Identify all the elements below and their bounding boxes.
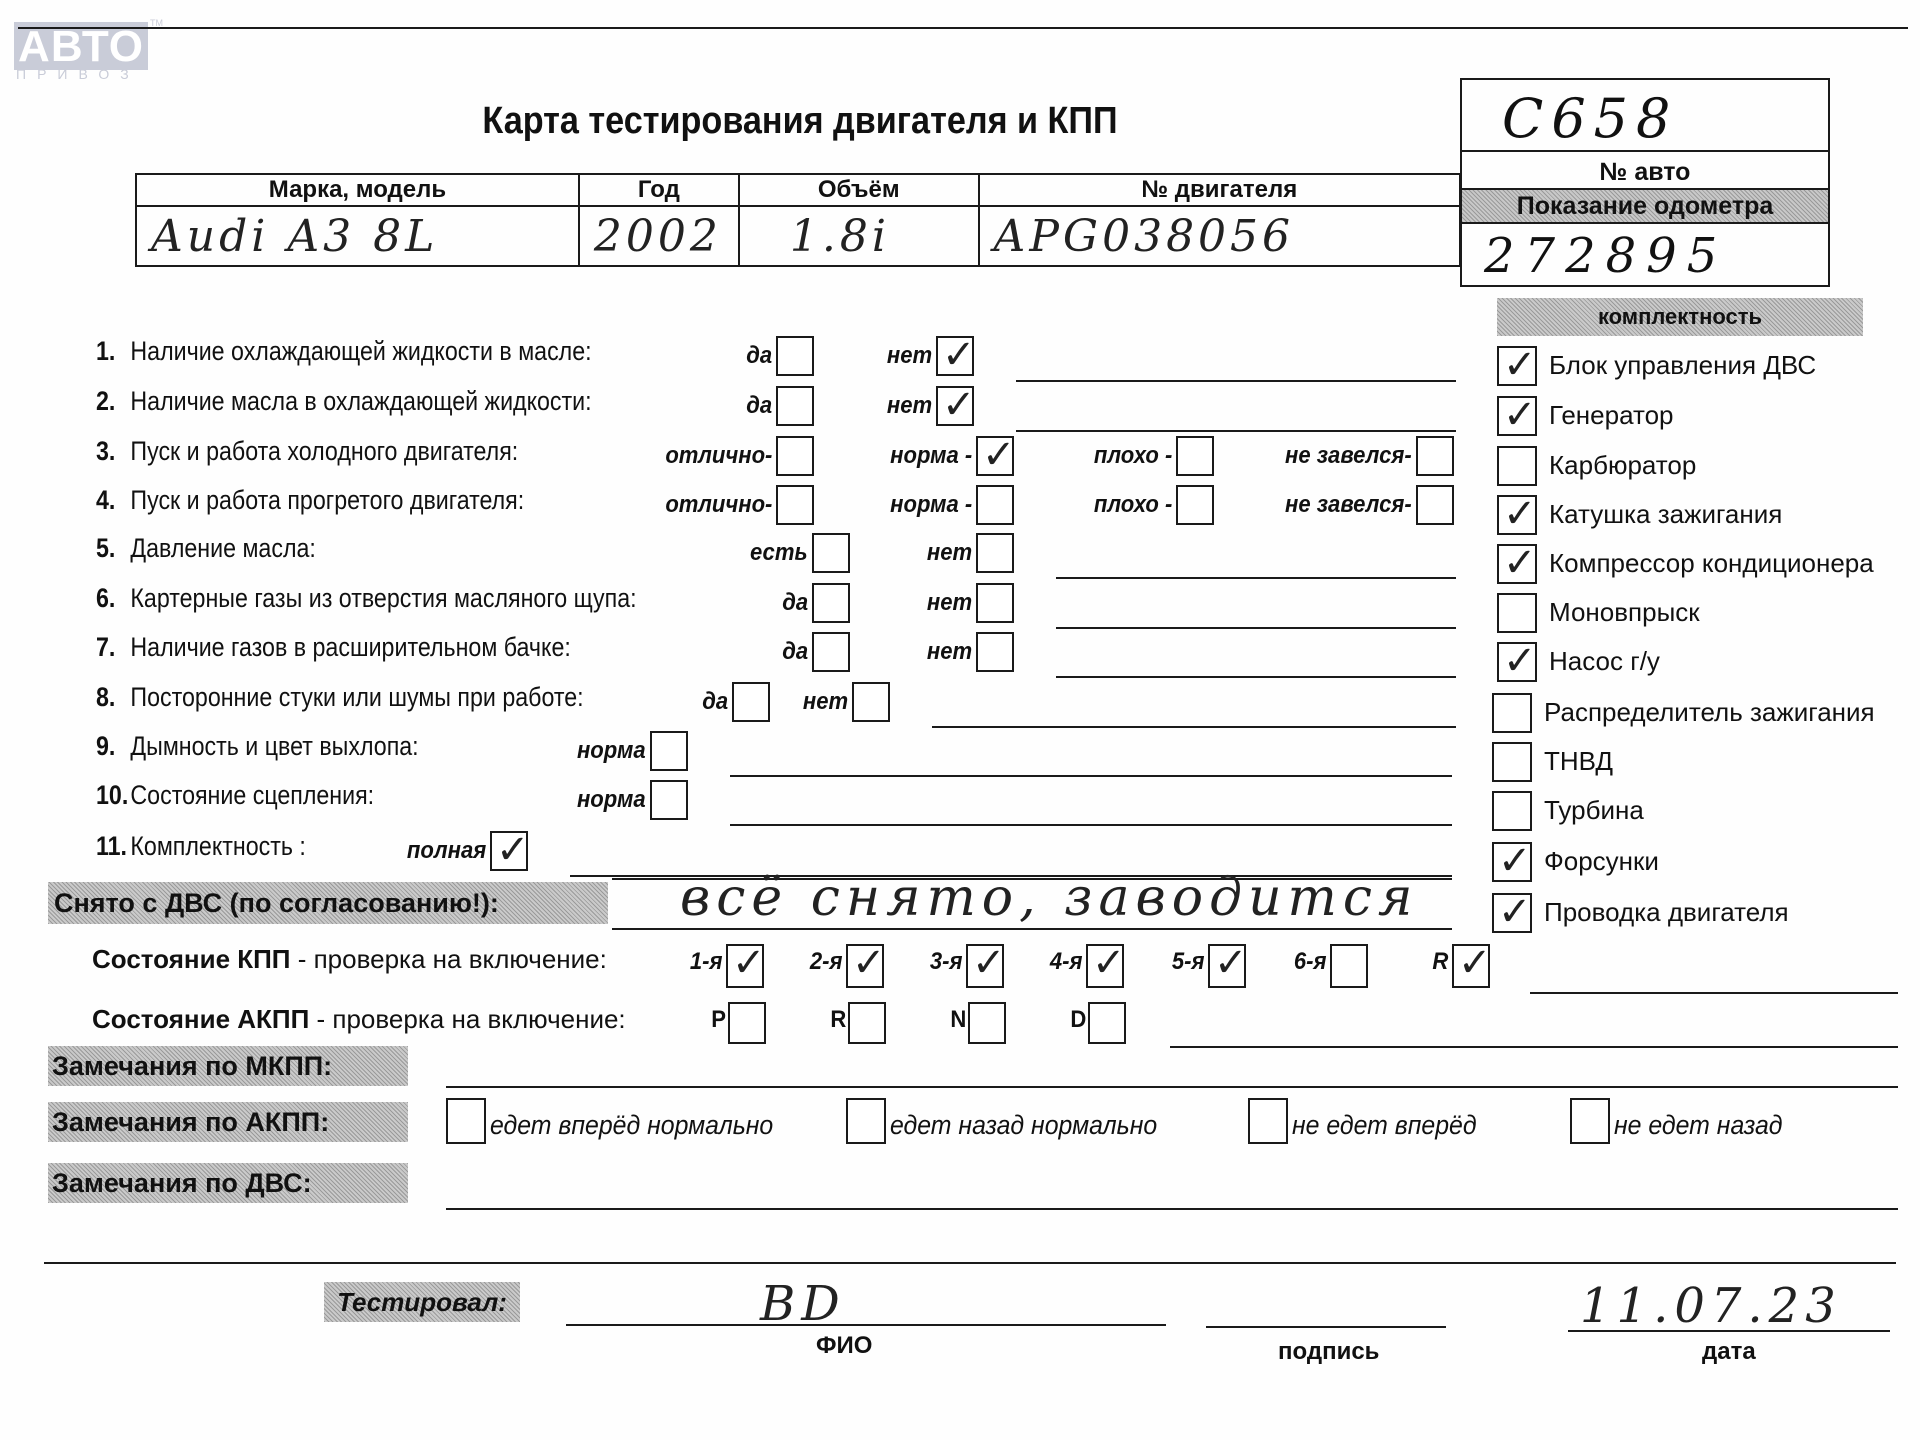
year-value[interactable]: 2002: [579, 206, 739, 266]
completeness-item-label: Насос г/у: [1549, 646, 1660, 677]
remarks-manual-line[interactable]: [446, 1086, 1898, 1088]
make-model-value[interactable]: Audi A3 8L: [136, 206, 579, 266]
auto-position-label: D: [1070, 1006, 1086, 1034]
checkbox-q3-3[interactable]: [1176, 436, 1214, 476]
name-caption: ФИО: [816, 1332, 872, 1360]
gear-checkbox-3-я[interactable]: [966, 944, 1004, 988]
auto-remark-label: не едет назад: [1614, 1110, 1783, 1141]
checkbox-q10-1[interactable]: [650, 780, 688, 820]
option-label: да: [782, 638, 808, 666]
question-6: 6.Картерные газы из отверстия масляного …: [96, 583, 637, 614]
option-label: плохо -: [1093, 442, 1172, 470]
option-label: да: [782, 589, 808, 617]
top-rule: [18, 27, 1908, 29]
option-label: плохо -: [1093, 491, 1172, 519]
auto-remark-checkbox[interactable]: [846, 1098, 886, 1144]
gear-checkbox-1-я[interactable]: [726, 944, 764, 988]
auto-position-label: P: [711, 1006, 726, 1034]
auto-remark-label: едет вперёд нормально: [490, 1110, 773, 1141]
question-text: Картерные газы из отверстия масляного щу…: [130, 583, 636, 613]
completeness-checkbox[interactable]: [1492, 693, 1532, 733]
checkbox-q2-1[interactable]: [776, 386, 814, 426]
gear-label: 3-я: [929, 948, 962, 976]
question-text: Пуск и работа холодного двигателя:: [130, 436, 518, 466]
question-remark-line[interactable]: [1016, 430, 1456, 432]
gear-checkbox-2-я[interactable]: [846, 944, 884, 988]
question-8: 8.Посторонние стуки или шумы при работе:: [96, 682, 584, 713]
gear-label: 5-я: [1171, 948, 1204, 976]
completeness-item-label: Проводка двигателя: [1544, 897, 1789, 928]
question-4: 4.Пуск и работа прогретого двигателя:: [96, 485, 524, 516]
removed-label: Снято с ДВС (по согласованию!):: [48, 882, 608, 924]
checkbox-q6-2[interactable]: [976, 583, 1014, 623]
option-label: норма: [577, 737, 646, 765]
question-text: Давление масла:: [130, 533, 315, 563]
option-label: нет: [927, 638, 972, 666]
option-label: нет: [927, 589, 972, 617]
auto-remark-label: едет назад нормально: [890, 1110, 1157, 1141]
checkbox-q1-1[interactable]: [776, 336, 814, 376]
manual-gearbox-label: Состояние КПП - проверка на включение:: [92, 944, 607, 975]
completeness-header: комплектность: [1497, 298, 1863, 336]
question-remark-line[interactable]: [730, 824, 1452, 826]
auto-remark-checkbox[interactable]: [446, 1098, 486, 1144]
option-label: не завелся-: [1285, 491, 1412, 519]
question-text: Состояние сцепления:: [130, 780, 374, 810]
question-5: 5.Давление масла:: [96, 533, 316, 564]
col-year: Год: [579, 174, 739, 206]
engine-number-value[interactable]: APG038056: [979, 206, 1460, 266]
question-text: Наличие газов в расширительном бачке:: [130, 632, 570, 662]
question-number: 4.: [96, 485, 130, 516]
auto-position-label: R: [830, 1006, 846, 1034]
question-number: 7.: [96, 632, 130, 663]
question-number: 11.: [96, 831, 130, 862]
checkbox-q3-2[interactable]: [976, 436, 1014, 476]
option-label: да: [702, 688, 728, 716]
checkbox-q1-2[interactable]: [936, 336, 974, 376]
completeness-checkbox[interactable]: [1492, 791, 1532, 831]
completeness-item-label: Моновпрыск: [1549, 597, 1700, 628]
question-remark-line[interactable]: [1056, 676, 1456, 678]
option-label: отлично-: [665, 491, 772, 519]
remarks-manual-label: Замечания по МКПП:: [48, 1046, 408, 1086]
auto-remark-checkbox[interactable]: [1248, 1098, 1288, 1144]
vehicle-box: C658 № авто Показание одометра 272895: [1460, 78, 1830, 287]
gear-label: 2-я: [809, 948, 842, 976]
date-caption: дата: [1702, 1338, 1756, 1366]
option-label: да: [746, 392, 772, 420]
gear-checkbox-4-я[interactable]: [1086, 944, 1124, 988]
completeness-checkbox[interactable]: [1492, 742, 1532, 782]
checkbox-q11-1[interactable]: [490, 831, 528, 871]
auto-position-checkbox-N[interactable]: [968, 1002, 1006, 1044]
completeness-checkbox[interactable]: [1497, 642, 1537, 682]
option-label: нет: [927, 539, 972, 567]
manual-gearbox-label-rest: - проверка на включение:: [291, 944, 607, 974]
auto-gearbox-label-bold: Состояние АКПП: [92, 1004, 309, 1034]
completeness-checkbox[interactable]: [1492, 893, 1532, 933]
gear-checkbox-5-я[interactable]: [1208, 944, 1246, 988]
page-title: Карта тестирования двигателя и КПП: [350, 100, 1250, 143]
removed-line-2: [612, 928, 1452, 930]
car-number-value[interactable]: C658: [1462, 80, 1828, 152]
question-11: 11.Комплектность :: [96, 831, 306, 862]
checkbox-q3-1[interactable]: [776, 436, 814, 476]
manual-gearbox-line: [1530, 992, 1898, 994]
question-3: 3.Пуск и работа холодного двигателя:: [96, 436, 518, 467]
auto-gearbox-line: [1170, 1046, 1898, 1048]
auto-remark-checkbox[interactable]: [1570, 1098, 1610, 1144]
gear-checkbox-6-я[interactable]: [1330, 944, 1368, 988]
remarks-auto-label: Замечания по АКПП:: [48, 1102, 408, 1142]
question-7: 7.Наличие газов в расширительном бачке:: [96, 632, 571, 663]
question-remark-line[interactable]: [730, 775, 1452, 777]
completeness-item-label: Блок управления ДВС: [1549, 350, 1816, 381]
checkbox-q7-2[interactable]: [976, 632, 1014, 672]
option-label: не завелся-: [1285, 442, 1412, 470]
completeness-checkbox[interactable]: [1492, 842, 1532, 882]
question-10: 10.Состояние сцепления:: [96, 780, 374, 811]
question-9: 9.Дымность и цвет выхлопа:: [96, 731, 419, 762]
option-label: норма -: [890, 491, 972, 519]
odometer-label: Показание одометра: [1462, 188, 1828, 224]
auto-position-label: N: [950, 1006, 966, 1034]
checkbox-q8-1[interactable]: [732, 682, 770, 722]
checkbox-q4-3[interactable]: [1176, 485, 1214, 525]
odometer-value[interactable]: 272895: [1462, 224, 1828, 284]
auto-position-checkbox-P[interactable]: [728, 1002, 766, 1044]
question-number: 1.: [96, 336, 130, 367]
question-remark-line[interactable]: [1016, 380, 1456, 382]
checkbox-q2-2[interactable]: [936, 386, 974, 426]
question-text: Комплектность :: [130, 831, 305, 861]
question-number: 9.: [96, 731, 130, 762]
option-label: да: [746, 342, 772, 370]
auto-position-checkbox-R[interactable]: [848, 1002, 886, 1044]
completeness-item-label: Катушка зажигания: [1549, 499, 1782, 530]
signature-caption: подпись: [1278, 1338, 1379, 1366]
completeness-item-label: Компрессор кондиционера: [1549, 548, 1874, 579]
auto-remark-label: не едет вперёд: [1292, 1110, 1477, 1141]
question-text: Дымность и цвет выхлопа:: [130, 731, 418, 761]
auto-position-checkbox-D[interactable]: [1088, 1002, 1126, 1044]
remarks-engine-line[interactable]: [446, 1208, 1898, 1210]
question-1: 1.Наличие охлаждающей жидкости в масле:: [96, 336, 592, 367]
checkbox-q7-1[interactable]: [812, 632, 850, 672]
completeness-checkbox[interactable]: [1497, 346, 1537, 386]
option-label: норма: [577, 786, 646, 814]
completeness-checkbox[interactable]: [1497, 446, 1537, 486]
gear-label: 4-я: [1049, 948, 1082, 976]
gear-label: 6-я: [1293, 948, 1326, 976]
completeness-item-label: Карбюратор: [1549, 450, 1696, 481]
tested-by-label: Тестировал:: [324, 1282, 520, 1322]
question-number: 2.: [96, 386, 130, 417]
gear-checkbox-R[interactable]: [1452, 944, 1490, 988]
option-label: полная: [407, 837, 486, 865]
option-label: норма -: [890, 442, 972, 470]
question-number: 3.: [96, 436, 130, 467]
footer-rule: [44, 1262, 1896, 1264]
option-label: нет: [887, 342, 932, 370]
question-text: Посторонние стуки или шумы при работе:: [130, 682, 583, 712]
volume-value[interactable]: 1.8i: [739, 206, 979, 266]
logo-subtext: ПРИВОЗ: [16, 66, 140, 82]
checkbox-q9-1[interactable]: [650, 731, 688, 771]
completeness-checkbox[interactable]: [1497, 396, 1537, 436]
question-number: 6.: [96, 583, 130, 614]
col-volume: Объём: [739, 174, 979, 206]
question-remark-line[interactable]: [932, 726, 1456, 728]
signature-line[interactable]: [1206, 1326, 1446, 1328]
completeness-checkbox[interactable]: [1497, 593, 1537, 633]
question-number: 8.: [96, 682, 130, 713]
name-line: [566, 1324, 1166, 1326]
question-text: Пуск и работа прогретого двигателя:: [130, 485, 524, 515]
option-label: есть: [750, 539, 808, 567]
option-label: нет: [887, 392, 932, 420]
remarks-engine-label: Замечания по ДВС:: [48, 1163, 408, 1203]
checkbox-q4-2[interactable]: [976, 485, 1014, 525]
car-number-label: № авто: [1462, 154, 1828, 186]
tester-name-value[interactable]: BD: [760, 1276, 846, 1332]
question-number: 10.: [96, 780, 130, 811]
question-2: 2.Наличие масла в охлаждающей жидкости:: [96, 386, 592, 417]
removed-note[interactable]: всё снято, заводится: [680, 868, 1418, 928]
date-value[interactable]: 11.07.23: [1580, 1278, 1842, 1334]
question-text: Наличие масла в охлаждающей жидкости:: [130, 386, 591, 416]
checkbox-q4-4[interactable]: [1416, 485, 1454, 525]
checkbox-q3-4[interactable]: [1416, 436, 1454, 476]
checkbox-q8-2[interactable]: [852, 682, 890, 722]
checkbox-q5-2[interactable]: [976, 533, 1014, 573]
completeness-item-label: Форсунки: [1544, 846, 1659, 877]
vehicle-info-table: Марка, модель Год Объём № двигателя Audi…: [135, 173, 1461, 267]
checkbox-q4-1[interactable]: [776, 485, 814, 525]
auto-gearbox-label: Состояние АКПП - проверка на включение:: [92, 1004, 626, 1035]
question-text: Наличие охлаждающей жидкости в масле:: [130, 336, 591, 366]
completeness-checkbox[interactable]: [1497, 495, 1537, 535]
gear-label: 1-я: [689, 948, 722, 976]
completeness-checkbox[interactable]: [1497, 544, 1537, 584]
completeness-item-label: Турбина: [1544, 795, 1644, 826]
question-remark-line[interactable]: [1056, 627, 1456, 629]
col-make-model: Марка, модель: [136, 174, 579, 206]
gear-label: R: [1432, 948, 1448, 976]
question-remark-line[interactable]: [1056, 577, 1456, 579]
option-label: отлично-: [665, 442, 772, 470]
question-number: 5.: [96, 533, 130, 564]
checkbox-q5-1[interactable]: [812, 533, 850, 573]
col-engine-number: № двигателя: [979, 174, 1460, 206]
manual-gearbox-label-bold: Состояние КПП: [92, 944, 291, 974]
avtoprivoz-logo: АВТО: [14, 22, 148, 70]
auto-gearbox-label-rest: - проверка на включение:: [309, 1004, 625, 1034]
completeness-item-label: Распределитель зажигания: [1544, 697, 1875, 728]
option-label: нет: [803, 688, 848, 716]
completeness-item-label: Генератор: [1549, 400, 1674, 431]
checkbox-q6-1[interactable]: [812, 583, 850, 623]
completeness-item-label: ТНВД: [1544, 746, 1613, 777]
